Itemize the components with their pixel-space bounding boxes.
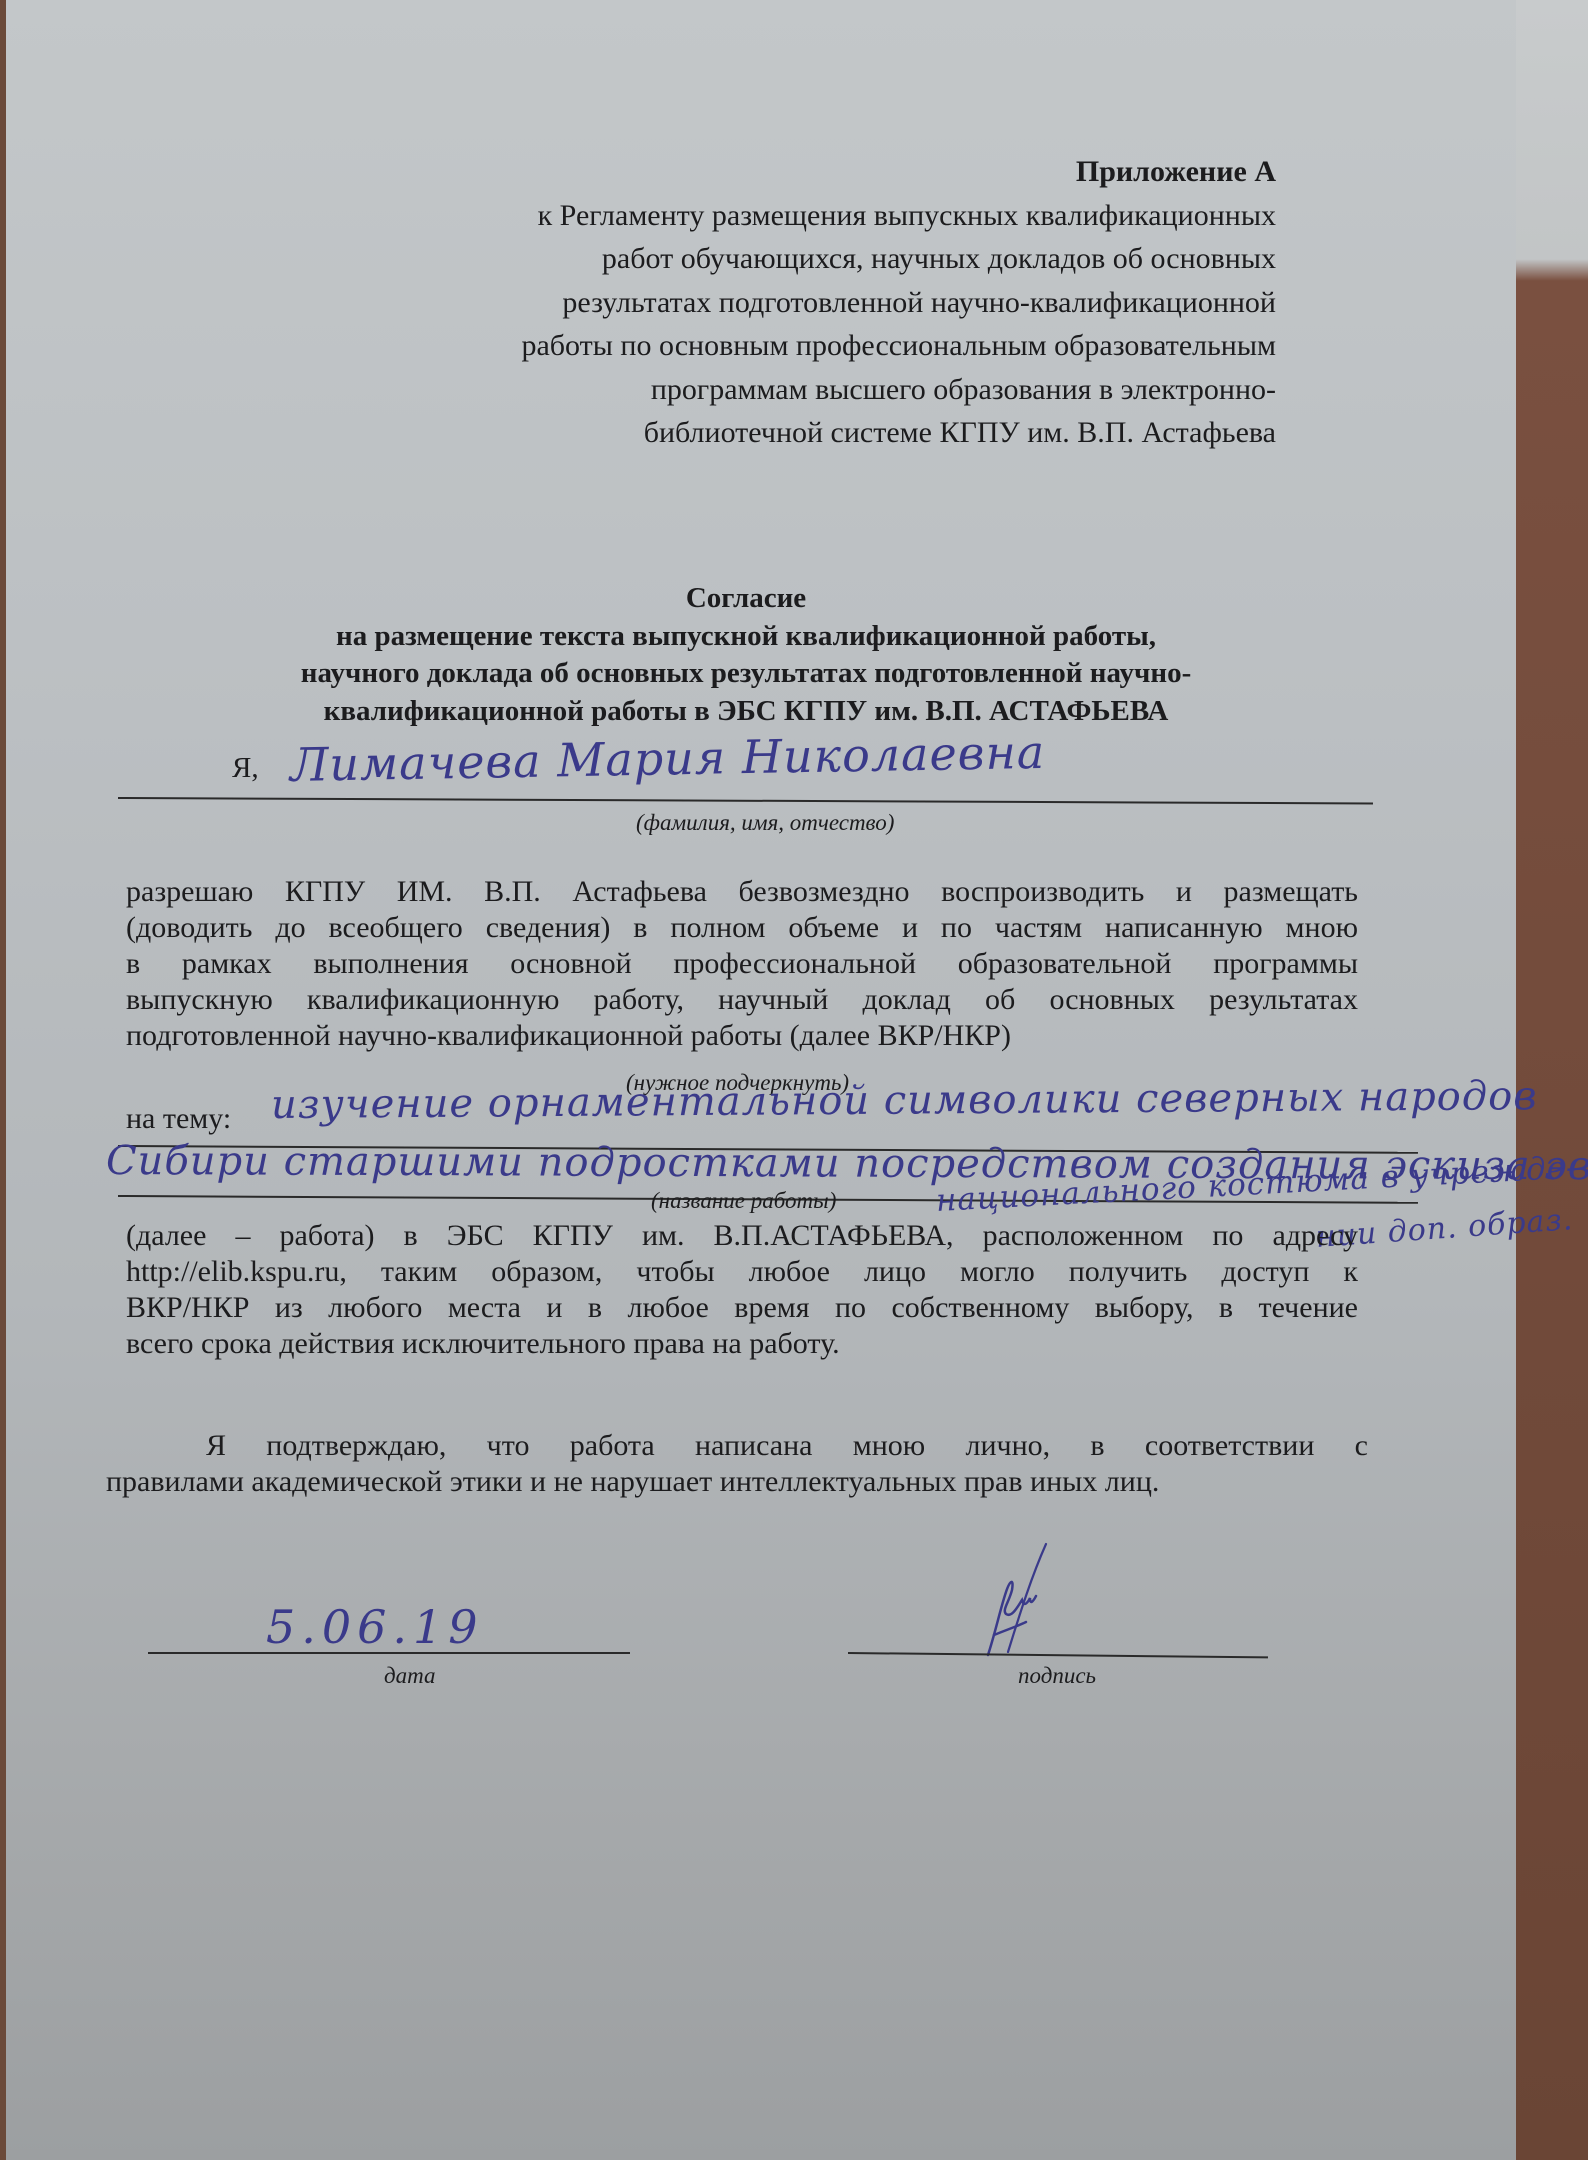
name-underline (118, 797, 1373, 804)
handwritten-date[interactable]: 5.06.19 (266, 1600, 484, 1654)
name-prefix: Я, (232, 752, 259, 785)
consent-title-line: квалификационной работы в ЭБС КГПУ им. В… (0, 693, 1546, 731)
date-caption: дата (384, 1663, 436, 1689)
consent-title: Согласие на размещение текста выпускной … (6, 580, 1588, 730)
appendix-line: программам высшего образования в электро… (316, 368, 1276, 412)
handwritten-name[interactable]: Лимачева Мария Николаевна (290, 725, 1046, 792)
date-underline (148, 1652, 630, 1654)
document-page: Приложение А к Регламенту размещения вып… (6, 0, 1516, 2160)
handwritten-theme-line[interactable]: изучение орнаментальной символики северн… (271, 1073, 1538, 1128)
theme-caption: (название работы) (651, 1188, 836, 1214)
confirmation-paragraph: Я подтверждаю, что работа написана мною … (106, 1428, 1368, 1500)
paragraph-line: разрешаю КГПУ ИМ. В.П. Астафьева безвозм… (126, 874, 1358, 910)
permission-paragraph: разрешаю КГПУ ИМ. В.П. Астафьева безвозм… (126, 874, 1358, 1054)
paragraph-line: Я подтверждаю, что работа написана мною … (106, 1428, 1368, 1464)
paragraph-line: (далее – работа) в ЭБС КГПУ им. В.П.АСТА… (126, 1218, 1358, 1254)
appendix-line: результатах подготовленной научно-квалиф… (316, 281, 1276, 325)
paragraph-line: http://elib.kspu.ru, таким образом, чтоб… (126, 1254, 1358, 1290)
consent-title-line: на размещение текста выпускной квалифика… (0, 618, 1546, 656)
paragraph-line: правилами академической этики и не наруш… (106, 1464, 1368, 1500)
paragraph-line: ВКР/НКР из любого места и в любое время … (126, 1290, 1358, 1326)
appendix-line: работы по основным профессиональным обра… (316, 324, 1276, 368)
signature-caption: подпись (1018, 1663, 1096, 1689)
consent-title-line: научного доклада об основных результатах… (0, 655, 1546, 693)
access-paragraph: (далее – работа) в ЭБС КГПУ им. В.П.АСТА… (126, 1218, 1358, 1362)
appendix-line: к Регламенту размещения выпускных квалиф… (316, 194, 1276, 238)
paragraph-line: (доводить до всеобщего сведения) в полно… (126, 910, 1358, 946)
paragraph-line: подготовленной научно-квалификационной р… (126, 1018, 1358, 1054)
signature-icon[interactable] (966, 1540, 1086, 1660)
paragraph-line: выпускную квалификационную работу, научн… (126, 982, 1358, 1018)
paragraph-line: в рамках выполнения основной профессиона… (126, 946, 1358, 982)
name-caption: (фамилия, имя, отчество) (636, 810, 894, 836)
paragraph-line: всего срока действия исключительного пра… (126, 1326, 1358, 1362)
appendix-line: работ обучающихся, научных докладов об о… (316, 237, 1276, 281)
theme-label: на тему: (126, 1102, 231, 1136)
appendix-title: Приложение А (316, 150, 1276, 194)
consent-title-line: Согласие (0, 580, 1546, 618)
appendix-header: Приложение А к Регламенту размещения вып… (316, 150, 1276, 455)
appendix-line: библиотечной системе КГПУ им. В.П. Астаф… (316, 411, 1276, 455)
